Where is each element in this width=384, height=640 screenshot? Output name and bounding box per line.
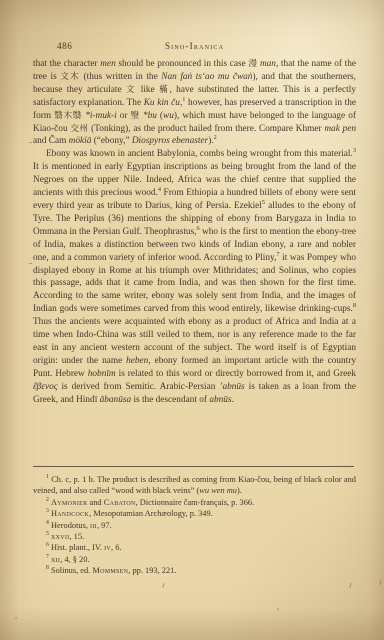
page-header: 486 Sino-Iranica: [33, 40, 356, 53]
footnote-divider-rule: [33, 466, 354, 467]
scan-speck: [379, 580, 381, 585]
footnote-4: 4 Herodotus, iii, 97.: [33, 520, 356, 531]
footnote-1: 1 Ch. c, p. 1 b. The product is describe…: [33, 474, 356, 497]
footnote-3: 3 Handcock, Mesopotamian Archæology, p. …: [33, 508, 356, 519]
paragraph-ebony-history: Ebony was known in ancient Babylonia, co…: [33, 148, 356, 406]
scan-mark: [29, 142, 32, 143]
scan-mark: [29, 263, 32, 264]
page-number: 486: [57, 40, 72, 53]
paragraph-continuation: that the character men should be pronoun…: [33, 58, 356, 148]
scan-speck: [277, 608, 279, 610]
footnote-5: 5 xxvii, 15.: [33, 531, 356, 542]
running-head: Sino-Iranica: [33, 40, 356, 53]
scanned-book-page: 486 Sino-Iranica that the character men …: [0, 0, 384, 640]
scan-speck: [15, 617, 17, 619]
main-text-block: that the character men should be pronoun…: [33, 58, 356, 406]
footnote-2: 2 Aymonier and Cabaton, Dictionnaire čam…: [33, 497, 356, 508]
scan-speck: [162, 583, 164, 588]
scan-speck: [349, 583, 351, 588]
footnote-8: 8 Solinus, ed. Mommsen, pp. 193, 221.: [33, 565, 356, 576]
footnotes-block: 1 Ch. c, p. 1 b. The product is describe…: [33, 474, 356, 577]
footnote-6: 6 Hist. plant., IV. iv, 6.: [33, 542, 356, 553]
footnote-7: 7 xii, 4, § 20.: [33, 554, 356, 565]
